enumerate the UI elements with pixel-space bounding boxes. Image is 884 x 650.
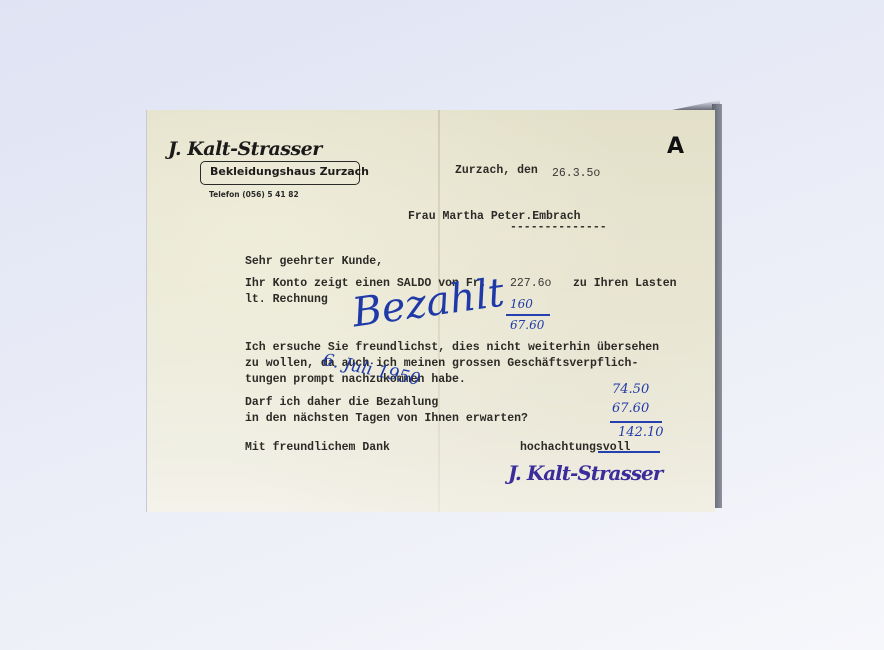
recipient-underline: --------------	[510, 221, 607, 234]
salutation: Sehr geehrter Kunde,	[245, 255, 383, 268]
phone-number: Telefon (056) 5 41 82	[209, 190, 299, 199]
calc2-rule	[610, 421, 662, 423]
calc2-total: 142.10	[618, 425, 664, 440]
paper-shadow-top	[640, 100, 720, 110]
paragraph2-line1: Ich ersuche Sie freundlichst, dies nicht…	[245, 341, 659, 354]
letter-date: 26.3.5o	[552, 167, 600, 180]
corner-mark: A	[667, 134, 684, 159]
paragraph3-line2: in den nächsten Tagen von Ihnen erwarten…	[245, 412, 528, 425]
calc1-result: 67.60	[510, 318, 544, 332]
company-name: J. Kalt-Strasser	[168, 138, 322, 160]
paragraph3-line1: Darf ich daher die Bezahlung	[245, 396, 438, 409]
invoice-reference: lt. Rechnung	[245, 293, 328, 306]
calc2-line2: 67.60	[612, 401, 649, 416]
business-name: Bekleidungshaus Zurzach	[210, 165, 369, 178]
calc2-line1: 74.50	[612, 382, 649, 397]
balance-amount: 227.6o	[510, 277, 551, 290]
balance-line-suffix: zu Ihren Lasten	[573, 277, 677, 290]
paragraph2-line2: zu wollen, da auch ich meinen grossen Ge…	[245, 357, 638, 370]
place-date-prefix: Zurzach, den	[455, 164, 538, 177]
calc1-top: 160	[510, 297, 533, 311]
closing-left: Mit freundlichem Dank	[245, 441, 390, 454]
calc1-rule	[506, 314, 550, 316]
closing-strike	[598, 451, 660, 453]
signature: J. Kalt-Strasser	[508, 461, 662, 485]
